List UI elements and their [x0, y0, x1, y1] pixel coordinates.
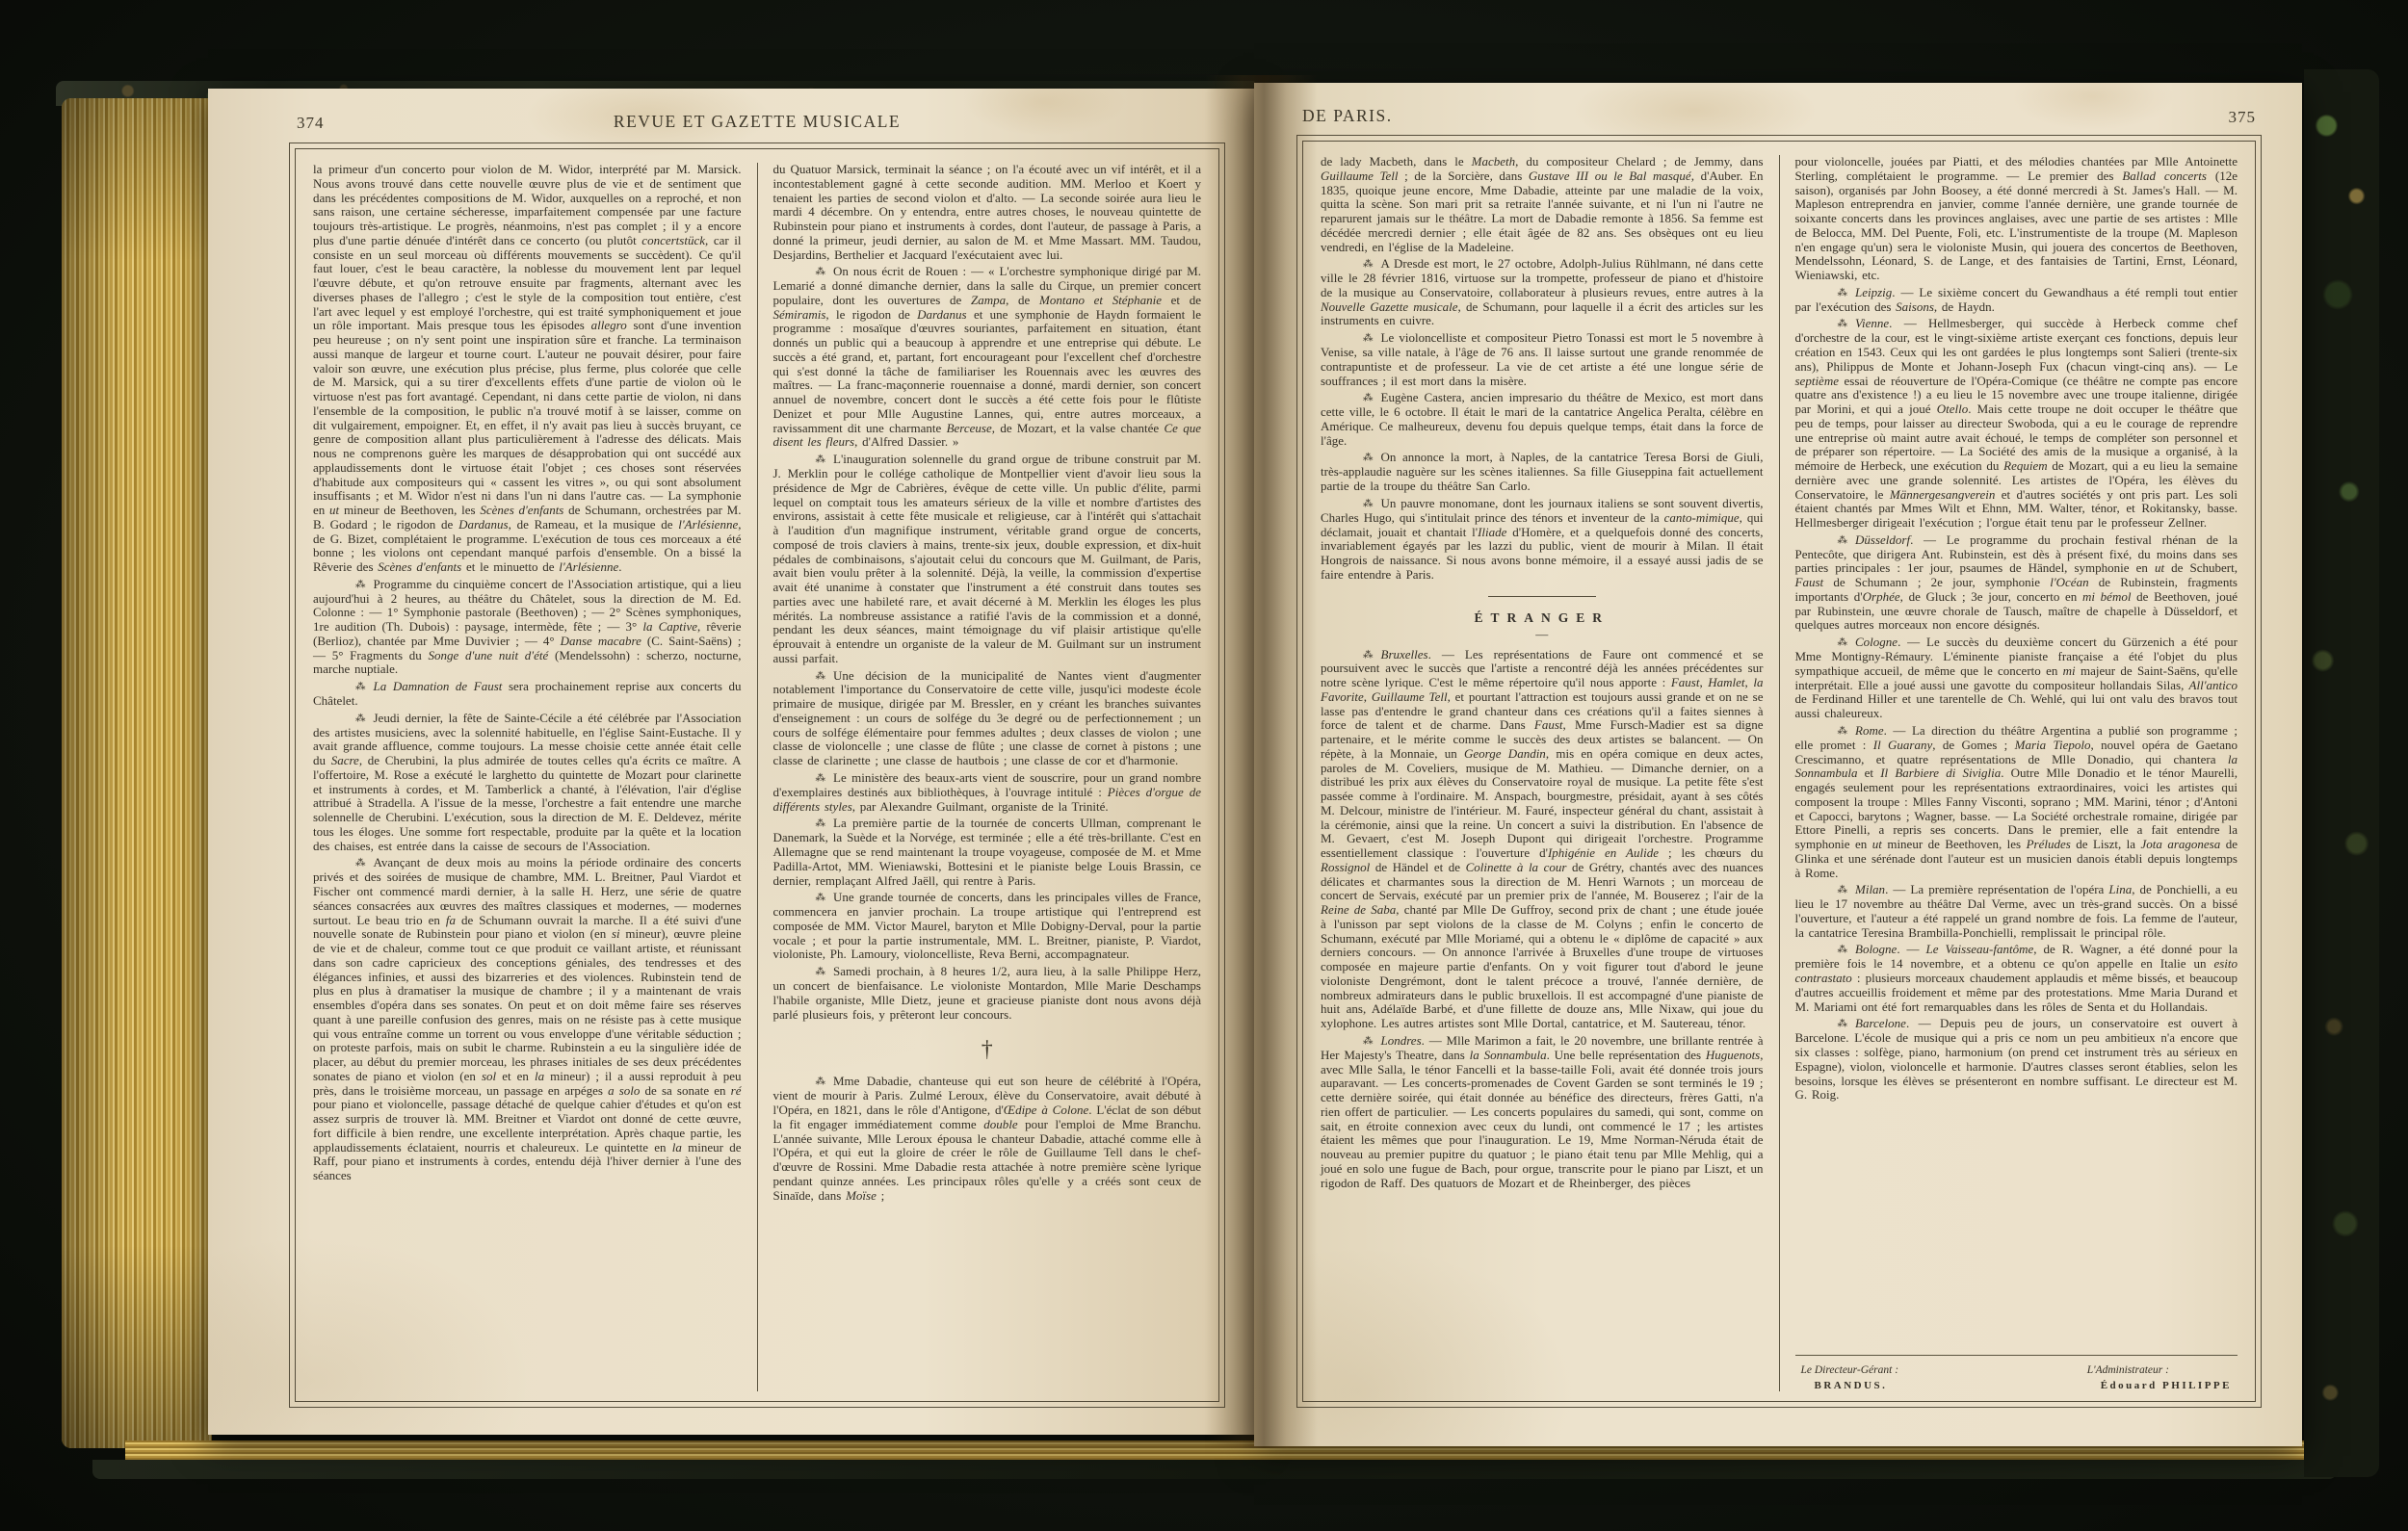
asterism-icon: ⁂: [795, 967, 827, 978]
asterism-icon: ⁂: [334, 682, 367, 693]
asterism-icon: ⁂: [795, 1077, 827, 1088]
marbled-cover-texture: [2304, 69, 2379, 1477]
administrator-signature: L'Administrateur :Édouard PHILIPPE: [2087, 1364, 2232, 1391]
director-signature-name: BRANDUS.: [1801, 1380, 1899, 1391]
left-page-column-1: la primeur d'un concerto pour violon de …: [298, 163, 757, 1391]
asterism-icon: ⁂: [795, 454, 827, 466]
right-running-title: DE PARIS.: [1302, 106, 2260, 126]
right-text-frame: de lady Macbeth, dans le Macbeth, du com…: [1296, 135, 2262, 1408]
asterism-icon: ⁂: [1817, 945, 1849, 956]
news-paragraph: du Quatuor Marsick, terminait la séance …: [773, 163, 1202, 262]
asterism-icon: ⁂: [795, 267, 827, 278]
news-paragraph: ⁂Düsseldorf. — Le programme du prochain …: [1795, 533, 2238, 633]
news-paragraph: ⁂Bologne. — Le Vaisseau-fantôme, de R. W…: [1795, 943, 2238, 1014]
left-page: 374 REVUE ET GAZETTE MUSICALE la primeur…: [208, 89, 1254, 1435]
news-paragraph: ⁂Leipzig. — Le sixième concert du Gewand…: [1795, 286, 2238, 315]
news-paragraph: ⁂On annonce la mort, à Naples, de la can…: [1321, 451, 1764, 493]
news-paragraph: ⁂Bruxelles. — Les représentations de Fau…: [1321, 648, 1764, 1031]
right-page-column-2: pour violoncelle, jouées par Piatti, et …: [1779, 155, 2254, 1391]
book-cover-bottom-edge: [92, 1460, 2337, 1479]
news-paragraph: ⁂Londres. — Mlle Marimon a fait, le 20 n…: [1321, 1034, 1764, 1190]
asterism-icon: ⁂: [1817, 637, 1849, 649]
signature-block: Le Directeur-Gérant :BRANDUS.L'Administr…: [1795, 1347, 2238, 1391]
administrator-signature-label: L'Administrateur :: [2087, 1364, 2232, 1376]
news-paragraph: ⁂Eugène Castera, ancien impresario du th…: [1321, 391, 1764, 448]
book-cover-right-edge: [2304, 69, 2379, 1477]
news-paragraph: pour violoncelle, jouées par Piatti, et …: [1795, 155, 2238, 283]
asterism-icon: ⁂: [1817, 1019, 1849, 1030]
asterism-icon: ⁂: [795, 773, 827, 785]
news-paragraph: ⁂Jeudi dernier, la fête de Sainte-Cécile…: [313, 712, 742, 854]
asterism-icon: ⁂: [1342, 393, 1374, 404]
signature-rule: [1795, 1355, 2238, 1356]
right-page-number: 375: [2229, 108, 2257, 127]
asterism-icon: ⁂: [334, 714, 367, 725]
book-photo-scene: 374 REVUE ET GAZETTE MUSICALE la primeur…: [0, 0, 2408, 1531]
page-fore-edge-left: [62, 98, 212, 1448]
asterism-icon: ⁂: [1342, 259, 1374, 271]
asterism-icon: ⁂: [1817, 288, 1849, 299]
asterism-icon: ⁂: [334, 580, 367, 591]
section-end-rule: [1488, 596, 1596, 597]
news-paragraph: ⁂Cologne. — Le succès du deuxième concer…: [1795, 636, 2238, 721]
news-paragraph: ⁂Milan. — La première représentation de …: [1795, 883, 2238, 940]
news-paragraph: ⁂Une grande tournée de concerts, dans le…: [773, 891, 1202, 962]
section-heading-text: ÉTRANGER: [1321, 610, 1764, 626]
news-paragraph: ⁂Vienne. — Hellmesberger, qui succède à …: [1795, 317, 2238, 530]
right-running-head: DE PARIS. 375: [1300, 106, 2260, 131]
news-paragraph: de lady Macbeth, dans le Macbeth, du com…: [1321, 155, 1764, 254]
news-paragraph: ⁂Le violoncelliste et compositeur Pietro…: [1321, 331, 1764, 388]
asterism-icon: ⁂: [1342, 499, 1374, 510]
news-paragraph: ⁂La Damnation de Faust sera prochainemen…: [313, 680, 742, 709]
asterism-icon: ⁂: [795, 818, 827, 830]
left-running-title: REVUE ET GAZETTE MUSICALE: [293, 112, 1221, 132]
right-text-frame-inner: de lady Macbeth, dans le Macbeth, du com…: [1302, 141, 2256, 1402]
news-paragraph: ⁂Mme Dabadie, chanteuse qui eut son heur…: [773, 1075, 1202, 1203]
asterism-icon: ⁂: [1342, 453, 1374, 464]
right-page: DE PARIS. 375 de lady Macbeth, dans le M…: [1254, 83, 2302, 1446]
news-paragraph: ⁂Un pauvre monomane, dont les journaux i…: [1321, 497, 1764, 583]
left-text-frame-inner: la primeur d'un concerto pour violon de …: [295, 148, 1219, 1402]
asterism-icon: ⁂: [1817, 885, 1849, 896]
asterism-icon: ⁂: [1342, 1036, 1374, 1048]
heading-underline-dash: —: [1321, 631, 1764, 638]
right-page-column-1: de lady Macbeth, dans le Macbeth, du com…: [1305, 155, 1779, 1391]
news-paragraph: ⁂Rome. — La direction du théâtre Argenti…: [1795, 724, 2238, 880]
left-running-head: 374 REVUE ET GAZETTE MUSICALE: [293, 112, 1221, 137]
news-paragraph: ⁂A Dresde est mort, le 27 octobre, Adolp…: [1321, 257, 1764, 328]
news-paragraph: ⁂On nous écrit de Rouen : — « L'orchestr…: [773, 265, 1202, 450]
asterism-icon: ⁂: [1817, 726, 1849, 738]
news-paragraph: la primeur d'un concerto pour violon de …: [313, 163, 742, 575]
director-signature: Le Directeur-Gérant :BRANDUS.: [1801, 1364, 1899, 1391]
signature-row: Le Directeur-Gérant :BRANDUS.L'Administr…: [1795, 1364, 2238, 1391]
left-text-frame: la primeur d'un concerto pour violon de …: [289, 143, 1225, 1408]
news-paragraph: ⁂Samedi prochain, à 8 heures 1/2, aura l…: [773, 965, 1202, 1022]
director-signature-label: Le Directeur-Gérant :: [1801, 1364, 1899, 1376]
news-paragraph: ⁂Programme du cinquième concert de l'Ass…: [313, 578, 742, 677]
asterism-icon: ⁂: [1342, 333, 1374, 345]
left-page-column-2: du Quatuor Marsick, terminait la séance …: [757, 163, 1217, 1391]
asterism-icon: ⁂: [1817, 319, 1849, 330]
administrator-signature-name: Édouard PHILIPPE: [2087, 1380, 2232, 1391]
asterism-icon: ⁂: [795, 893, 827, 904]
news-paragraph: ⁂L'inauguration solennelle du grand orgu…: [773, 453, 1202, 665]
news-paragraph: ⁂La première partie de la tournée de con…: [773, 817, 1202, 888]
asterism-icon: ⁂: [795, 671, 827, 683]
news-paragraph: ⁂Barcelone. — Depuis peu de jours, un co…: [1795, 1017, 2238, 1103]
section-heading-etranger: ÉTRANGER—: [1321, 596, 1764, 638]
news-paragraph: ⁂Le ministère des beaux-arts vient de so…: [773, 771, 1202, 814]
asterism-icon: ⁂: [1342, 650, 1374, 662]
obituary-cross-icon: †: [773, 1037, 1202, 1063]
asterism-icon: ⁂: [334, 858, 367, 869]
asterism-icon: ⁂: [1817, 535, 1849, 547]
news-paragraph: ⁂Une décision de la municipalité de Nant…: [773, 669, 1202, 768]
news-paragraph: ⁂Avançant de deux mois au moins la pério…: [313, 856, 742, 1182]
